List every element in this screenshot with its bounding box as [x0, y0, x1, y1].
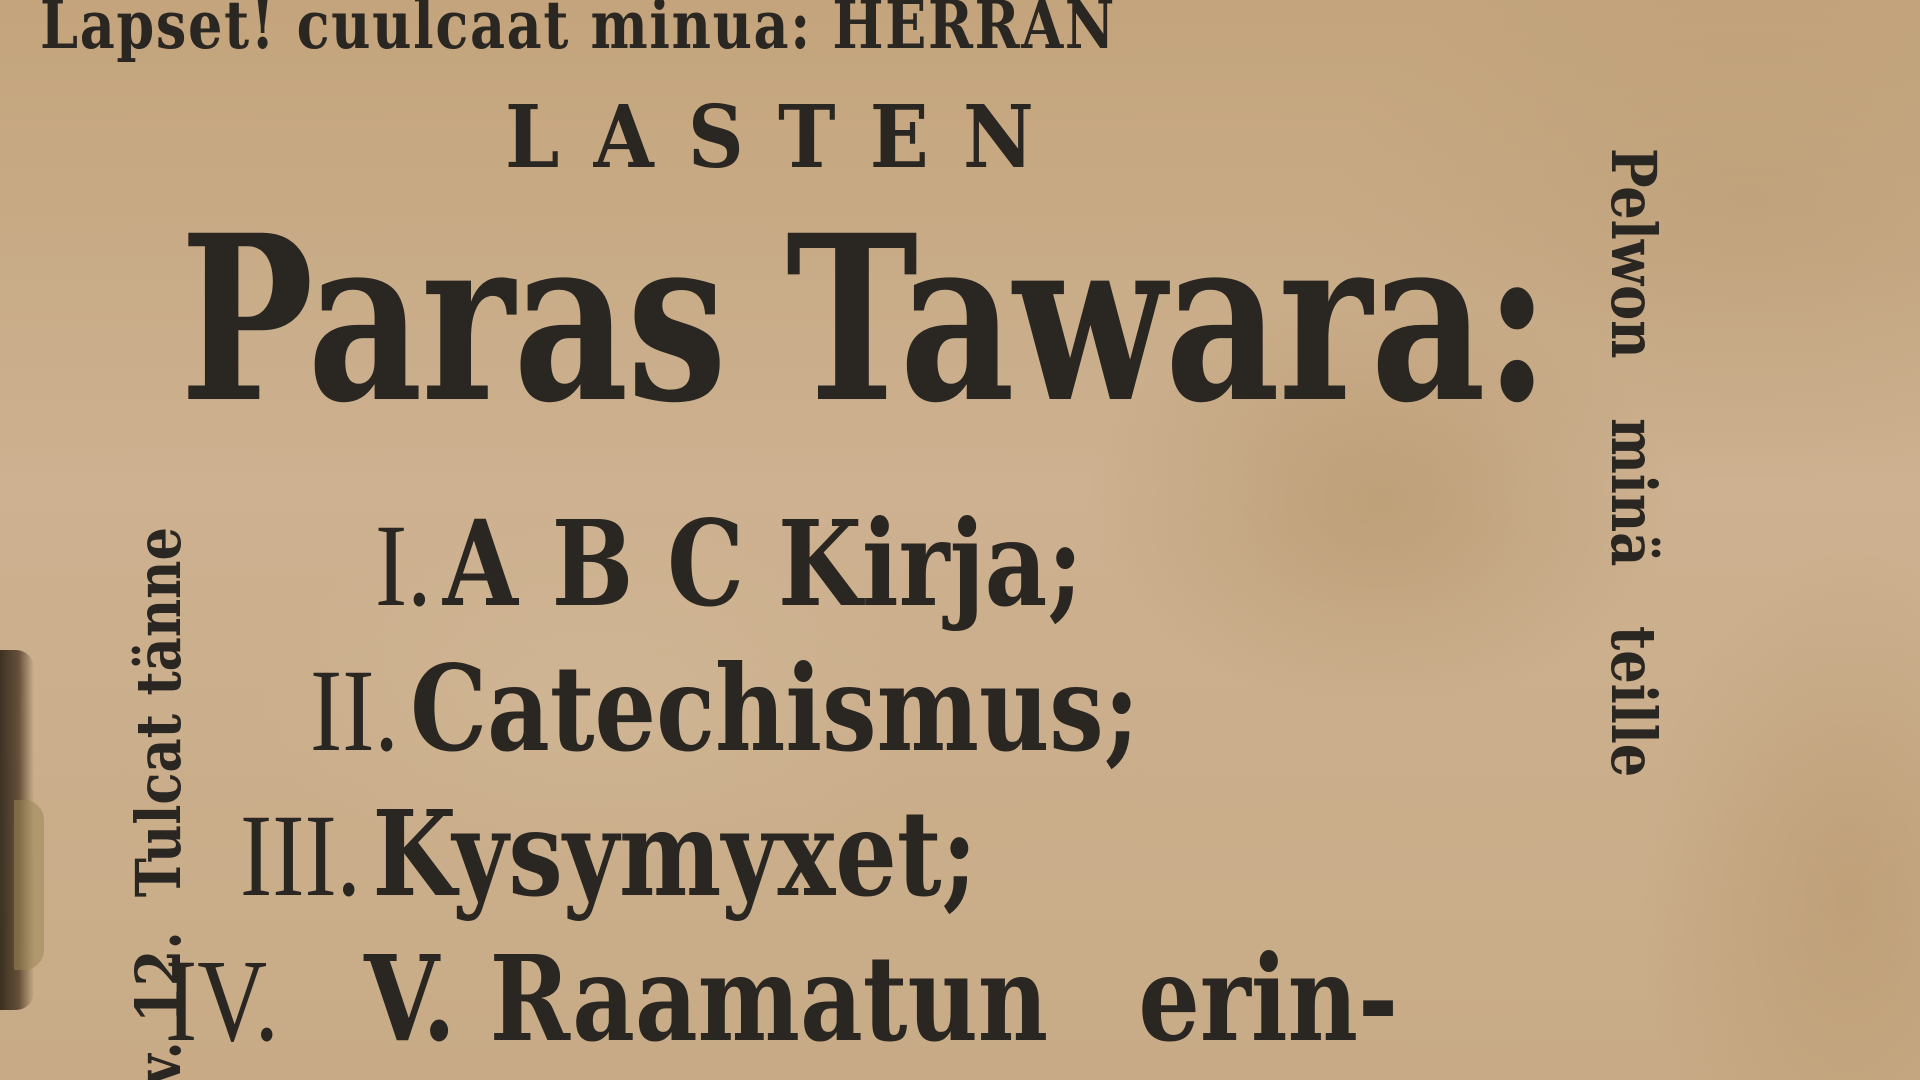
- page-title: Paras Tawara:: [180, 205, 1548, 433]
- side-margin-right: Pelwonminäteille: [1597, 148, 1670, 777]
- side-right-word: minä: [1597, 418, 1670, 566]
- side-margin-left: v. 12.Tulcat tänne: [122, 527, 195, 1080]
- side-right-word: teille: [1597, 626, 1670, 777]
- contents-text-part: erin-: [1138, 929, 1398, 1068]
- contents-number: II.: [310, 645, 399, 776]
- header-verse-line: Lapset! cuulcaat minua: HERRAN: [40, 0, 1116, 58]
- contents-text: A B C Kirja;: [443, 494, 1083, 633]
- contents-number: III.: [240, 790, 361, 921]
- side-left-text: Tulcat tänne: [122, 527, 195, 897]
- subtitle: LASTEN: [505, 95, 1068, 181]
- side-right-word: Pelwon: [1597, 148, 1670, 359]
- contents-number: I.: [375, 500, 431, 631]
- contents-text-part: Raamatun: [490, 929, 1048, 1068]
- contents-item-2: II.Catechismus;: [310, 650, 1140, 770]
- document-page: Lapset! cuulcaat minua: HERRAN LASTEN Pa…: [0, 0, 1920, 1080]
- verse-reference: v. 12.: [122, 931, 195, 1080]
- contents-text: Kysymyxet;: [372, 784, 977, 923]
- contents-text-part: V.: [364, 929, 456, 1068]
- contents-item-1: I.A B C Kirja;: [375, 505, 1083, 625]
- contents-text: Catechismus;: [410, 639, 1139, 778]
- binding-stain: [0, 650, 34, 1010]
- contents-item-3: III.Kysymyxet;: [240, 795, 977, 915]
- contents-item-4: IV.V. Raamatunerin-: [165, 940, 1398, 1060]
